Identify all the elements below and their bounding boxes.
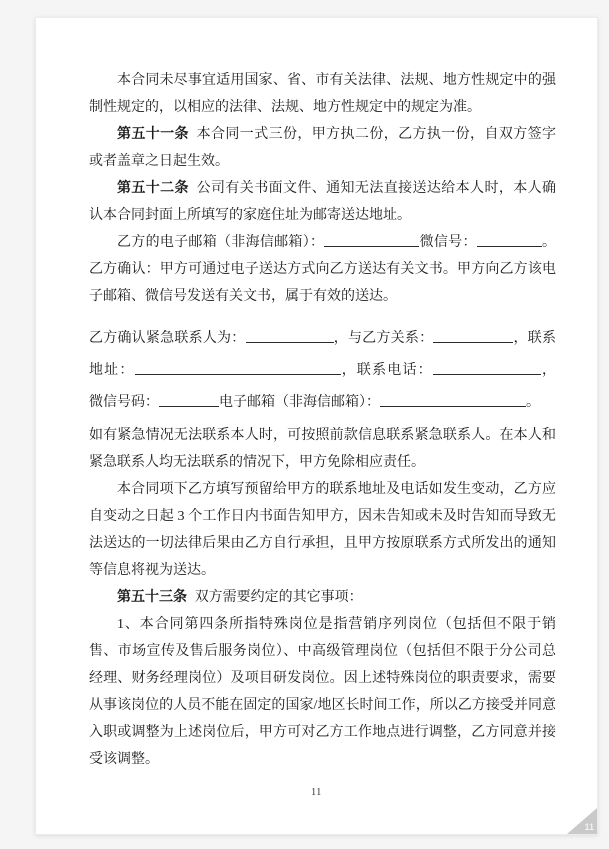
p-contact-change-notice: 本合同项下乙方填写预留给甲方的联系地址及电话如发生变动，乙方应自变动之日起 3 … [89, 476, 556, 584]
body-text: ，与乙方关系： [334, 331, 434, 346]
form-blank-line [159, 394, 219, 407]
document-page: 本合同未尽事宜适用国家、省、市有关法律、法规、地方性规定中的强制性规定的，以相应… [35, 17, 598, 835]
body-text: 微信号： [419, 235, 476, 250]
form-blank-line [324, 234, 419, 247]
p-governing-law: 本合同未尽事宜适用国家、省、市有关法律、法规、地方性规定中的强制性规定的，以相应… [89, 67, 556, 121]
form-blank-line [433, 330, 513, 343]
body-text: 本合同项下乙方填写预留给甲方的联系地址及电话如发生变动，乙方应自变动之日起 3 … [89, 482, 556, 578]
p-clause-51: 第五十一条本合同一式三份，甲方执二份，乙方执一份，自双方签字或者盖章之日起生效。 [89, 121, 556, 175]
body-text: 电子邮箱（非海信邮箱）： [219, 395, 380, 410]
fold-page-number: 11 [584, 822, 594, 832]
page-number: 11 [36, 787, 597, 798]
form-blank-line [135, 362, 341, 375]
body-text: 双方需要约定的其它事项： [195, 590, 363, 605]
p-clause-52: 第五十二条公司有关书面文件、通知无法直接送达给本人时，本人确认本合同封面上所填写… [89, 175, 556, 229]
body-text: 乙方确认紧急联系人为： [89, 331, 246, 346]
body-text: 本合同未尽事宜适用国家、省、市有关法律、法规、地方性规定中的强制性规定的，以相应… [89, 73, 556, 115]
body-text: ，联系电话： [341, 363, 433, 378]
form-blank-line [477, 234, 542, 247]
p-email-wechat: 乙方的电子邮箱（非海信邮箱）：微信号：。乙方确认：甲方可通过电子送达方式向乙方送… [89, 229, 556, 310]
form-blank-line [433, 362, 541, 375]
body-text: 乙方的电子邮箱（非海信邮箱）： [117, 235, 324, 250]
body-text: 如有紧急情况无法联系本人时，可按照前款信息联系紧急联系人。在本人和紧急联系人均无… [89, 428, 556, 470]
clause-heading: 第五十三条 [117, 590, 187, 605]
p-emergency-contact: 乙方确认紧急联系人为：，与乙方关系：，联系地址：，联系电话：，微信号码：电子邮箱… [89, 323, 556, 419]
body-text: 。 [526, 395, 540, 410]
document-body: 本合同未尽事宜适用国家、省、市有关法律、法规、地方性规定中的强制性规定的，以相应… [89, 67, 556, 773]
p-emergency-fallback: 如有紧急情况无法联系本人时，可按照前款信息联系紧急联系人。在本人和紧急联系人均无… [89, 422, 556, 476]
p-special-positions: 1、本合同第四条所指特殊岗位是指营销序列岗位（包括但不限于销售、市场宣传及售后服… [89, 611, 556, 773]
body-text: 1、本合同第四条所指特殊岗位是指营销序列岗位（包括但不限于销售、市场宣传及售后服… [89, 617, 556, 767]
p-clause-53: 第五十三条双方需要约定的其它事项： [89, 584, 556, 611]
form-blank-line [246, 330, 334, 343]
clause-heading: 第五十一条 [117, 127, 189, 142]
form-blank-line [380, 394, 526, 407]
clause-heading: 第五十二条 [117, 181, 189, 196]
screenshot-root: { "colors": { "background": "#f5f5f6", "… [0, 0, 609, 849]
